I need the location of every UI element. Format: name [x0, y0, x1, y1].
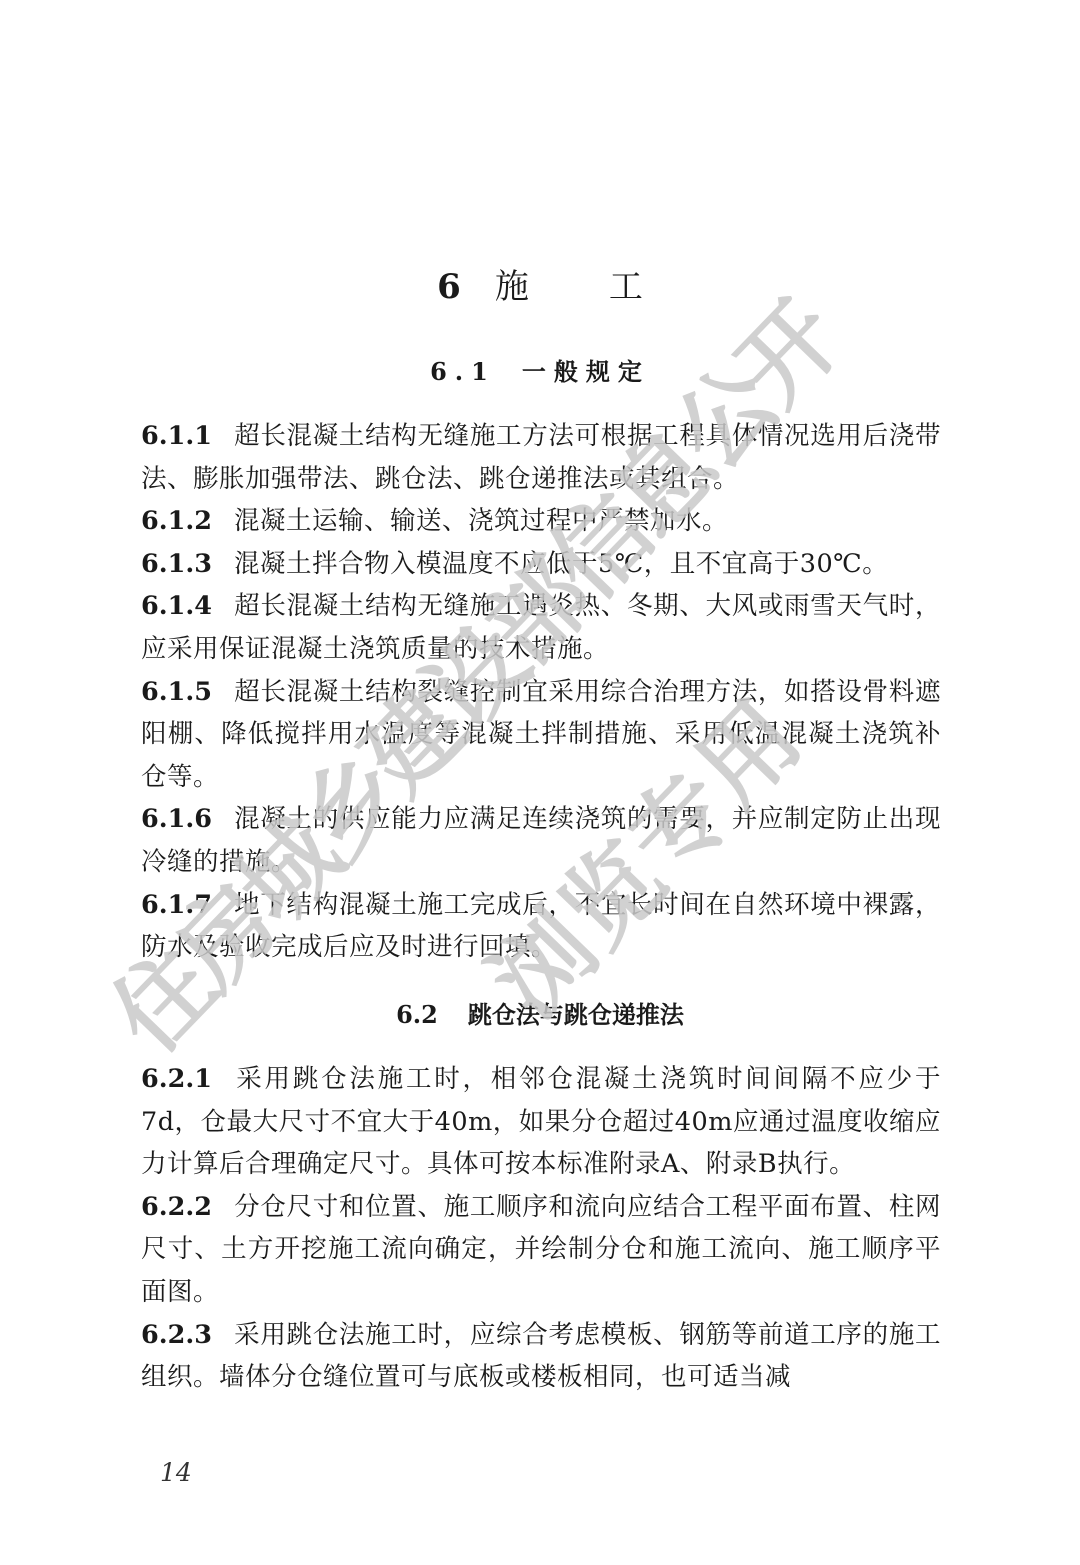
- clause-number: 6.2.2: [141, 1192, 212, 1222]
- section-number: 6.2: [396, 1000, 438, 1029]
- clause-text: 超长混凝土结构裂缝控制宜采用综合治理方法，如搭设骨料遮阳棚、降低搅拌用水温度等混…: [141, 677, 941, 792]
- clause-number: 6.1.2: [141, 506, 212, 536]
- section-title: 跳仓法与跳仓递推法: [468, 1001, 684, 1029]
- clause-6-2-1: 6.2.1采用跳仓法施工时，相邻仓混凝土浇筑时间间隔不应少于7d，仓最大尺寸不宜…: [141, 1058, 941, 1186]
- clause-6-1-1: 6.1.1超长混凝土结构无缝施工方法可根据工程具体情况选用后浇带法、膨胀加强带法…: [141, 415, 941, 500]
- clause-number: 6.1.3: [141, 549, 212, 579]
- clause-text: 采用跳仓法施工时，应综合考虑模板、钢筋等前道工序的施工组织。墙体分仓缝位置可与底…: [141, 1320, 941, 1393]
- clause-text: 超长混凝土结构无缝施工遇炎热、冬期、大风或雨雪天气时，应采用保证混凝土浇筑质量的…: [141, 591, 941, 664]
- section-number: 6.1: [430, 357, 496, 386]
- clause-6-1-3: 6.1.3混凝土拌合物入模温度不应低于5℃，且不宜高于30℃。: [141, 543, 941, 586]
- clause-number: 6.1.6: [141, 804, 212, 834]
- clause-6-2-2: 6.2.2分仓尺寸和位置、施工顺序和流向应结合工程平面布置、柱网尺寸、土方开挖施…: [141, 1186, 941, 1314]
- document-page: 住房城乡建设部信息公开 浏览专用 6施工 6.1一般规定 6.1.1超长混凝土结…: [0, 0, 1080, 1565]
- clause-number: 6.2.3: [141, 1320, 212, 1350]
- clause-6-1-2: 6.1.2混凝土运输、输送、浇筑过程中严禁加水。: [141, 500, 941, 543]
- clause-text: 混凝土的供应能力应满足连续浇筑的需要，并应制定防止出现冷缝的措施。: [141, 804, 941, 877]
- chapter-title-char-2: 工: [609, 267, 643, 307]
- clause-text: 混凝土拌合物入模温度不应低于5℃，且不宜高于30℃。: [234, 549, 888, 579]
- section-heading-6-2: 6.2跳仓法与跳仓递推法: [0, 997, 1080, 1033]
- clause-number: 6.1.4: [141, 591, 212, 621]
- section-6-2-body: 6.2.1采用跳仓法施工时，相邻仓混凝土浇筑时间间隔不应少于7d，仓最大尺寸不宜…: [141, 1058, 941, 1399]
- clause-text: 地下结构混凝土施工完成后，不宜长时间在自然环境中裸露，防水及验收完成后应及时进行…: [141, 890, 941, 963]
- clause-text: 采用跳仓法施工时，相邻仓混凝土浇筑时间间隔不应少于7d，仓最大尺寸不宜大于40m…: [141, 1064, 941, 1179]
- clause-text: 混凝土运输、输送、浇筑过程中严禁加水。: [234, 506, 728, 536]
- clause-text: 分仓尺寸和位置、施工顺序和流向应结合工程平面布置、柱网尺寸、土方开挖施工流向确定…: [141, 1192, 941, 1307]
- chapter-title-char-1: 施: [495, 267, 529, 307]
- chapter-title: 6施工: [0, 262, 1080, 312]
- clause-number: 6.2.1: [141, 1064, 212, 1094]
- clause-6-1-7: 6.1.7地下结构混凝土施工完成后，不宜长时间在自然环境中裸露，防水及验收完成后…: [141, 884, 941, 969]
- clause-text: 超长混凝土结构无缝施工方法可根据工程具体情况选用后浇带法、膨胀加强带法、跳仓法、…: [141, 421, 941, 494]
- clause-6-2-3: 6.2.3采用跳仓法施工时，应综合考虑模板、钢筋等前道工序的施工组织。墙体分仓缝…: [141, 1314, 941, 1399]
- section-heading-6-1: 6.1一般规定: [0, 354, 1080, 390]
- section-title: 一般规定: [522, 358, 650, 386]
- page-number: 14: [160, 1458, 192, 1487]
- clause-number: 6.1.5: [141, 677, 212, 707]
- chapter-number: 6: [437, 267, 461, 307]
- clause-number: 6.1.7: [141, 890, 212, 920]
- clause-6-1-5: 6.1.5超长混凝土结构裂缝控制宜采用综合治理方法，如搭设骨料遮阳棚、降低搅拌用…: [141, 671, 941, 799]
- clause-number: 6.1.1: [141, 421, 212, 451]
- section-6-1-body: 6.1.1超长混凝土结构无缝施工方法可根据工程具体情况选用后浇带法、膨胀加强带法…: [141, 415, 941, 969]
- clause-6-1-4: 6.1.4超长混凝土结构无缝施工遇炎热、冬期、大风或雨雪天气时，应采用保证混凝土…: [141, 585, 941, 670]
- clause-6-1-6: 6.1.6混凝土的供应能力应满足连续浇筑的需要，并应制定防止出现冷缝的措施。: [141, 798, 941, 883]
